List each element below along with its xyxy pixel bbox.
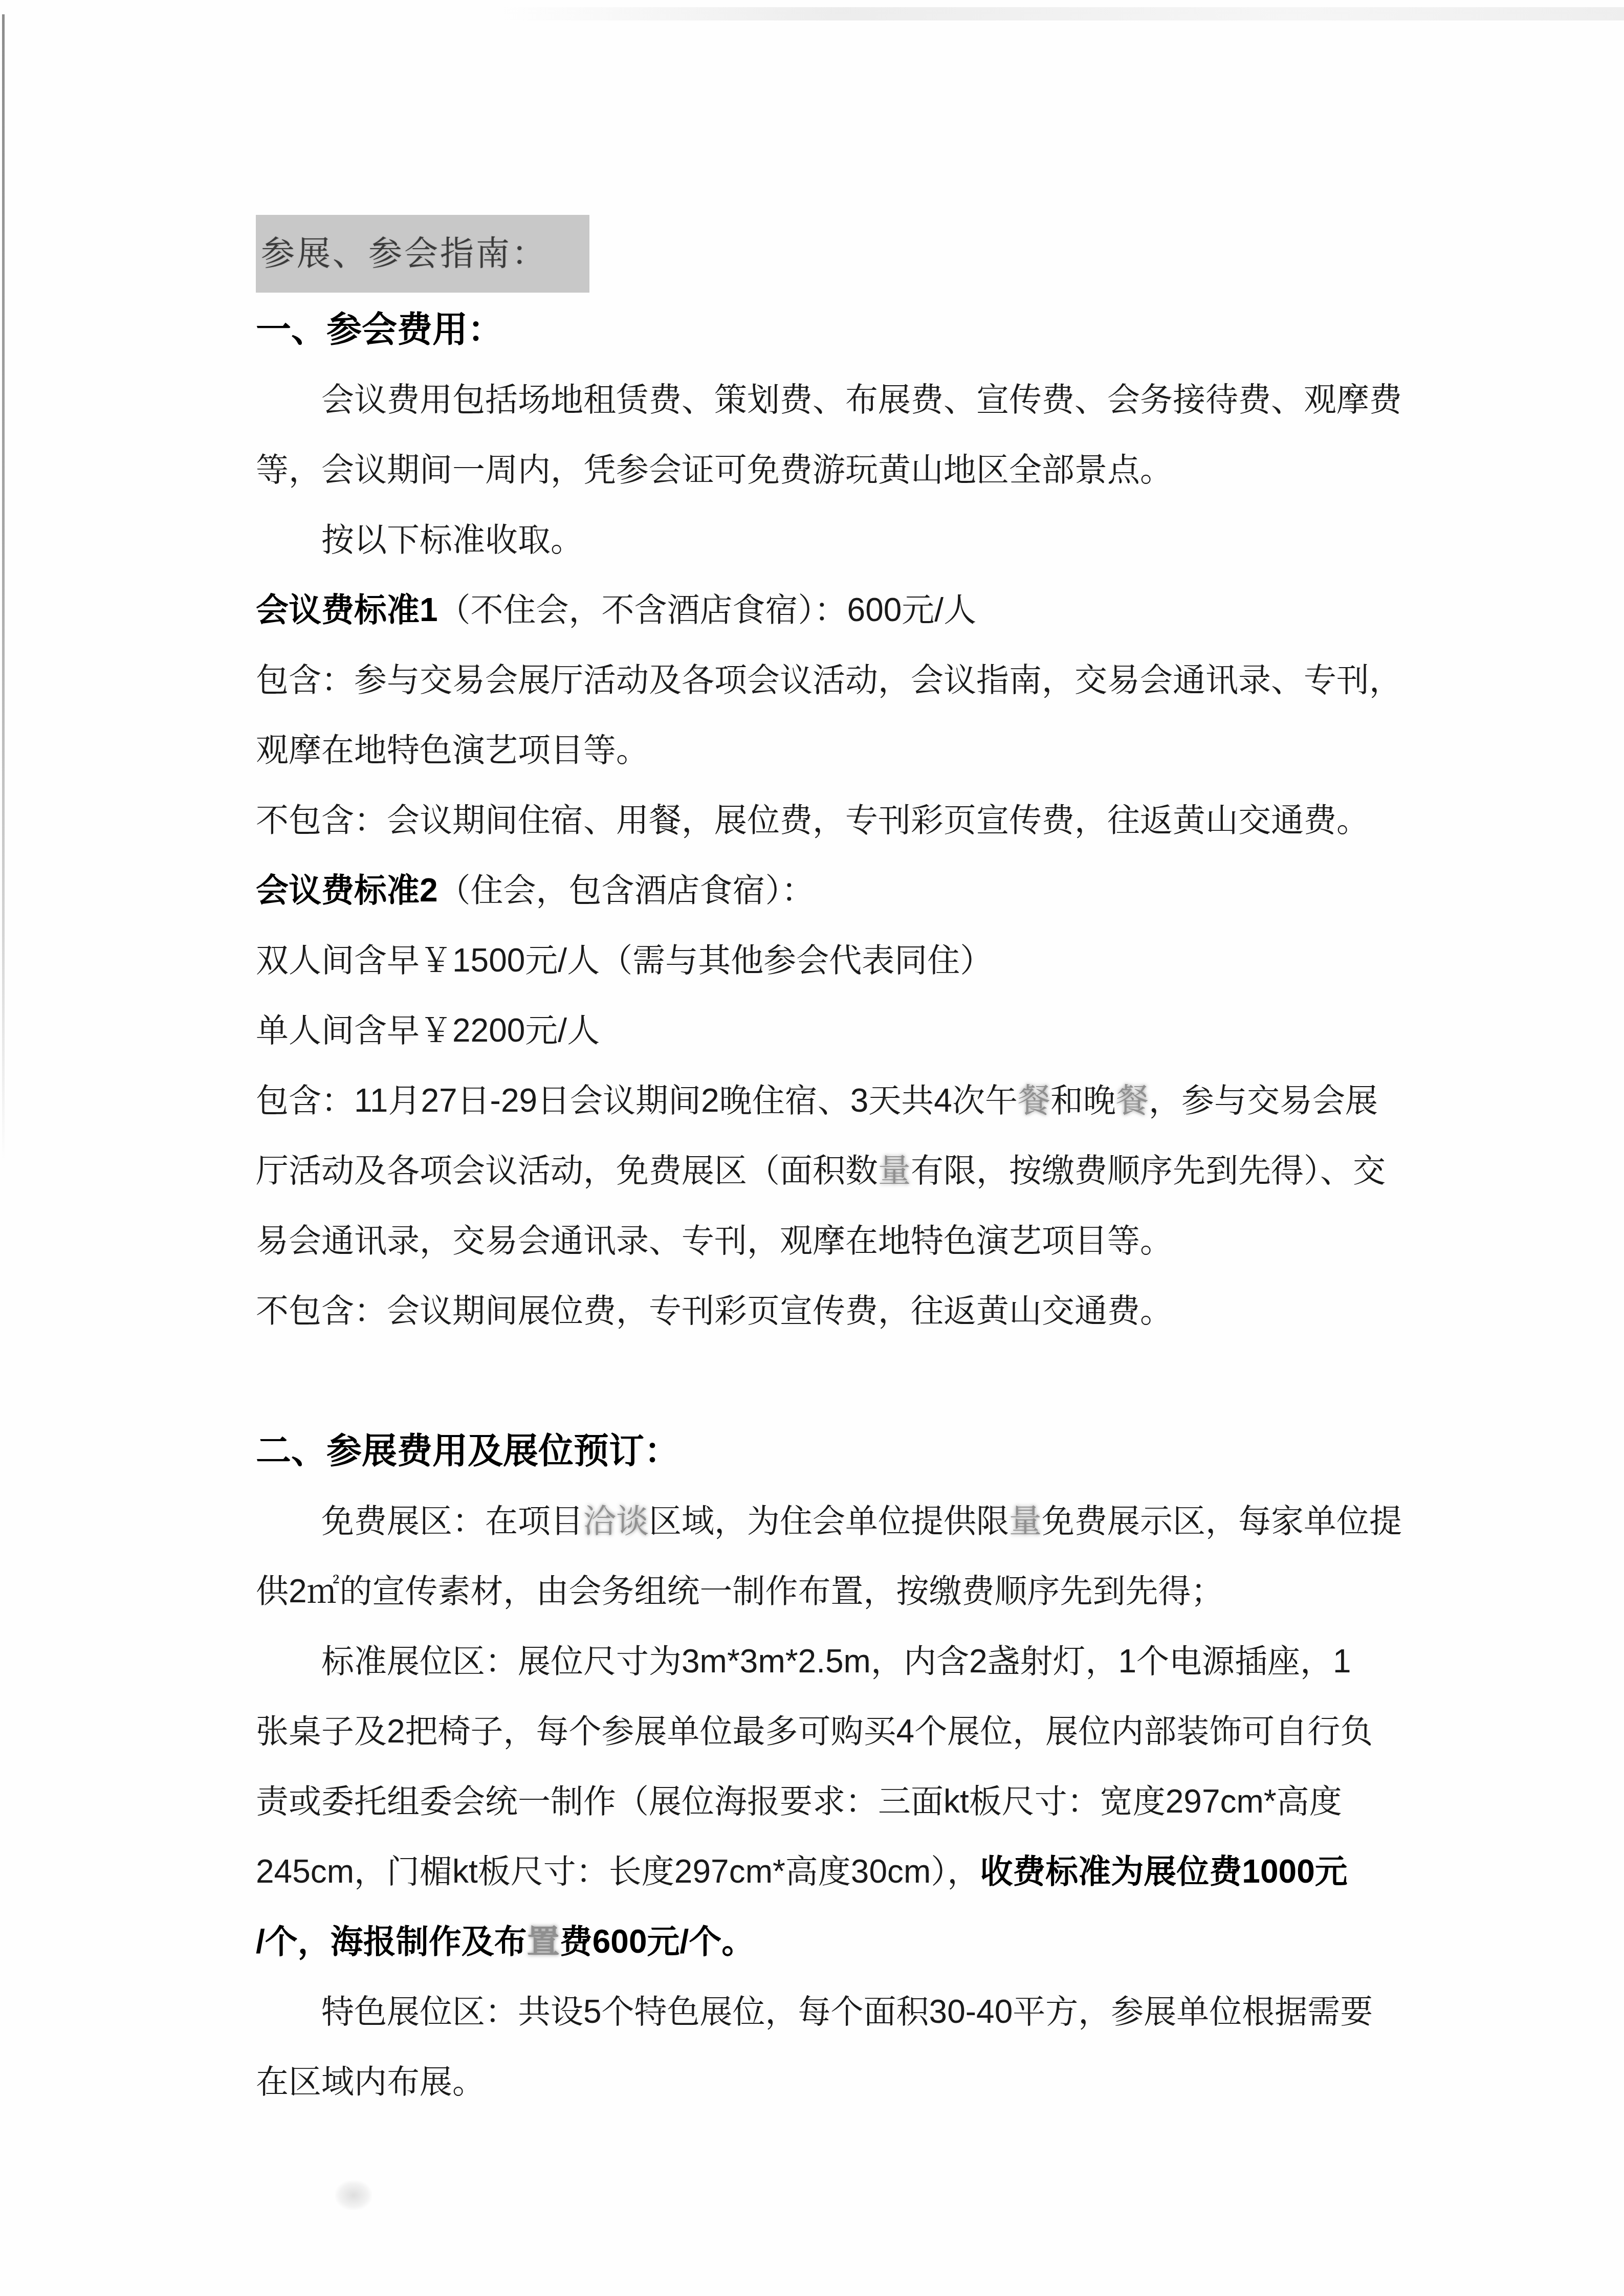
body-line: 不包含：会议期间住宿、用餐，展位费，专刊彩页宣传费，往返黄山交通费。 <box>256 785 1412 855</box>
text-run: 标准展位区：展位尺寸为3m*3m*2.5m，内含2盏射灯，1个电源插座，1 <box>321 1643 1351 1680</box>
text-run: 观摩在地特色演艺项目等。 <box>256 732 649 768</box>
text-lines: 一、参会费用：会议费用包括场地租赁费、策划费、布展费、宣传费、会务接待费、观摩费… <box>256 295 1412 2117</box>
text-run: 不包含：会议期间展位费，专刊彩页宣传费，往返黄山交通费。 <box>256 1292 1173 1329</box>
body-line: 厅活动及各项会议活动，免费展区（面积数量有限，按缴费顺序先到先得）、交 <box>256 1136 1412 1206</box>
body-line: 包含：11月27日-29日会议期间2晚住宿、3天共4次午餐和晚餐，参与交易会展 <box>256 1066 1412 1136</box>
body-line: 双人间含早￥1500元/人（需与其他参会代表同住） <box>256 925 1412 996</box>
text-run: 供2㎡的宣传素材，由会务组统一制作布置，按缴费顺序先到先得； <box>256 1573 1224 1609</box>
body-line: /个，海报制作及布置费600元/个。 <box>256 1907 1412 1977</box>
text-run: ，参与交易会展 <box>1149 1082 1378 1119</box>
text-run: 一、参会费用： <box>256 310 503 349</box>
body-line: 会议费标准1（不住会，不含酒店食宿）：600元/人 <box>256 575 1412 645</box>
text-run: 收费标准为展位费1000元 <box>980 1853 1347 1890</box>
text-run: 易会通讯录，交易会通讯录、专刊，观摩在地特色演艺项目等。 <box>256 1222 1173 1259</box>
body-line: 在区域内布展。 <box>256 2047 1412 2117</box>
body-line: 易会通讯录，交易会通讯录、专刊，观摩在地特色演艺项目等。 <box>256 1206 1412 1276</box>
text-run: 特色展位区：共设5个特色展位，每个面积30-40平方，参展单位根据需要 <box>321 1993 1373 2030</box>
text-run: 置 <box>527 1923 560 1960</box>
text-run: 餐 <box>1018 1082 1050 1119</box>
scan-smudge-artifact <box>335 2180 372 2210</box>
body-line: 责或委托组委会统一制作（展位海报要求：三面kt板尺寸：宽度297cm*高度 <box>256 1767 1412 1837</box>
document-content: 参展、参会指南： 一、参会费用：会议费用包括场地租赁费、策划费、布展费、宣传费、… <box>256 215 1412 2117</box>
text-run: 双人间含早￥1500元/人（需与其他参会代表同住） <box>256 942 993 979</box>
text-run: 责或委托组委会统一制作（展位海报要求：三面kt板尺寸：宽度297cm*高度 <box>256 1783 1342 1820</box>
text-run: 区域，为住会单位提供限 <box>649 1503 1009 1539</box>
text-run: 不包含：会议期间住宿、用餐，展位费，专刊彩页宣传费，往返黄山交通费。 <box>256 802 1369 838</box>
document-title-row: 参展、参会指南： <box>256 215 1412 293</box>
body-line: 特色展位区：共设5个特色展位，每个面积30-40平方，参展单位根据需要 <box>256 1977 1412 2047</box>
text-run: （不住会，不含酒店食宿）：600元/人 <box>438 591 977 628</box>
text-run: 会议费标准1 <box>256 591 438 628</box>
body-line: 按以下标准收取。 <box>256 505 1412 575</box>
text-run: 245cm，门楣kt板尺寸：长度297cm*高度30cm）， <box>256 1853 980 1890</box>
scan-streak-artifact <box>501 7 1624 20</box>
text-run: 洽谈 <box>583 1503 649 1539</box>
body-line: 免费展区：在项目洽谈区域，为住会单位提供限量免费展示区，每家单位提 <box>256 1486 1412 1556</box>
body-line: 单人间含早￥2200元/人 <box>256 996 1412 1066</box>
text-run: 费600元/个。 <box>560 1923 755 1960</box>
text-run: 二、参展费用及展位预订： <box>256 1431 679 1471</box>
body-line: 245cm，门楣kt板尺寸：长度297cm*高度30cm），收费标准为展位费10… <box>256 1837 1412 1907</box>
text-run: 会议费标准2 <box>256 872 438 909</box>
text-run: （住会，包含酒店食宿）： <box>438 872 815 909</box>
text-run: 会议费用包括场地租赁费、策划费、布展费、宣传费、会务接待费、观摩费 <box>321 381 1402 418</box>
text-run: 和晚 <box>1050 1082 1116 1119</box>
page-title: 参展、参会指南： <box>256 215 589 293</box>
body-line: 不包含：会议期间展位费，专刊彩页宣传费，往返黄山交通费。 <box>256 1276 1412 1346</box>
text-run: 厅活动及各项会议活动，免费展区（面积数 <box>256 1152 878 1189</box>
body-line: 观摩在地特色演艺项目等。 <box>256 715 1412 785</box>
blank-line <box>256 1346 1412 1416</box>
text-run: 免费展示区，每家单位提 <box>1042 1503 1402 1539</box>
body-line: 张桌子及2把椅子，每个参展单位最多可购买4个展位，展位内部装饰可自行负 <box>256 1696 1412 1767</box>
text-run: 张桌子及2把椅子，每个参展单位最多可购买4个展位，展位内部装饰可自行负 <box>256 1713 1373 1750</box>
text-run: 量 <box>878 1152 911 1189</box>
text-run: 量 <box>1009 1503 1042 1539</box>
body-line: 会议费用包括场地租赁费、策划费、布展费、宣传费、会务接待费、观摩费 <box>256 365 1412 435</box>
scanned-document-page: 参展、参会指南： 一、参会费用：会议费用包括场地租赁费、策划费、布展费、宣传费、… <box>0 0 1624 2296</box>
text-run: 单人间含早￥2200元/人 <box>256 1012 600 1049</box>
text-run: 有限，按缴费顺序先到先得）、交 <box>911 1152 1386 1189</box>
heading-line: 二、参展费用及展位预订： <box>256 1416 1412 1486</box>
text-run: 包含：参与交易会展厅活动及各项会议活动，会议指南，交易会通讯录、专刊， <box>256 661 1402 698</box>
text-run: 免费展区：在项目 <box>321 1503 583 1539</box>
scan-edge-artifact <box>2 14 5 1160</box>
text-run: 餐 <box>1116 1082 1149 1119</box>
heading-line: 一、参会费用： <box>256 295 1412 365</box>
body-line: 供2㎡的宣传素材，由会务组统一制作布置，按缴费顺序先到先得； <box>256 1556 1412 1626</box>
body-line: 等，会议期间一周内，凭参会证可免费游玩黄山地区全部景点。 <box>256 435 1412 505</box>
body-line: 会议费标准2（住会，包含酒店食宿）： <box>256 855 1412 925</box>
text-run: 等，会议期间一周内，凭参会证可免费游玩黄山地区全部景点。 <box>256 451 1173 488</box>
body-line: 包含：参与交易会展厅活动及各项会议活动，会议指南，交易会通讯录、专刊， <box>256 645 1412 715</box>
body-line: 标准展位区：展位尺寸为3m*3m*2.5m，内含2盏射灯，1个电源插座，1 <box>256 1626 1412 1696</box>
text-run: 包含：11月27日-29日会议期间2晚住宿、3天共4次午 <box>256 1082 1018 1119</box>
text-run: 按以下标准收取。 <box>321 521 583 558</box>
text-run: 在区域内布展。 <box>256 2063 485 2100</box>
text-run: /个，海报制作及布 <box>256 1923 527 1960</box>
